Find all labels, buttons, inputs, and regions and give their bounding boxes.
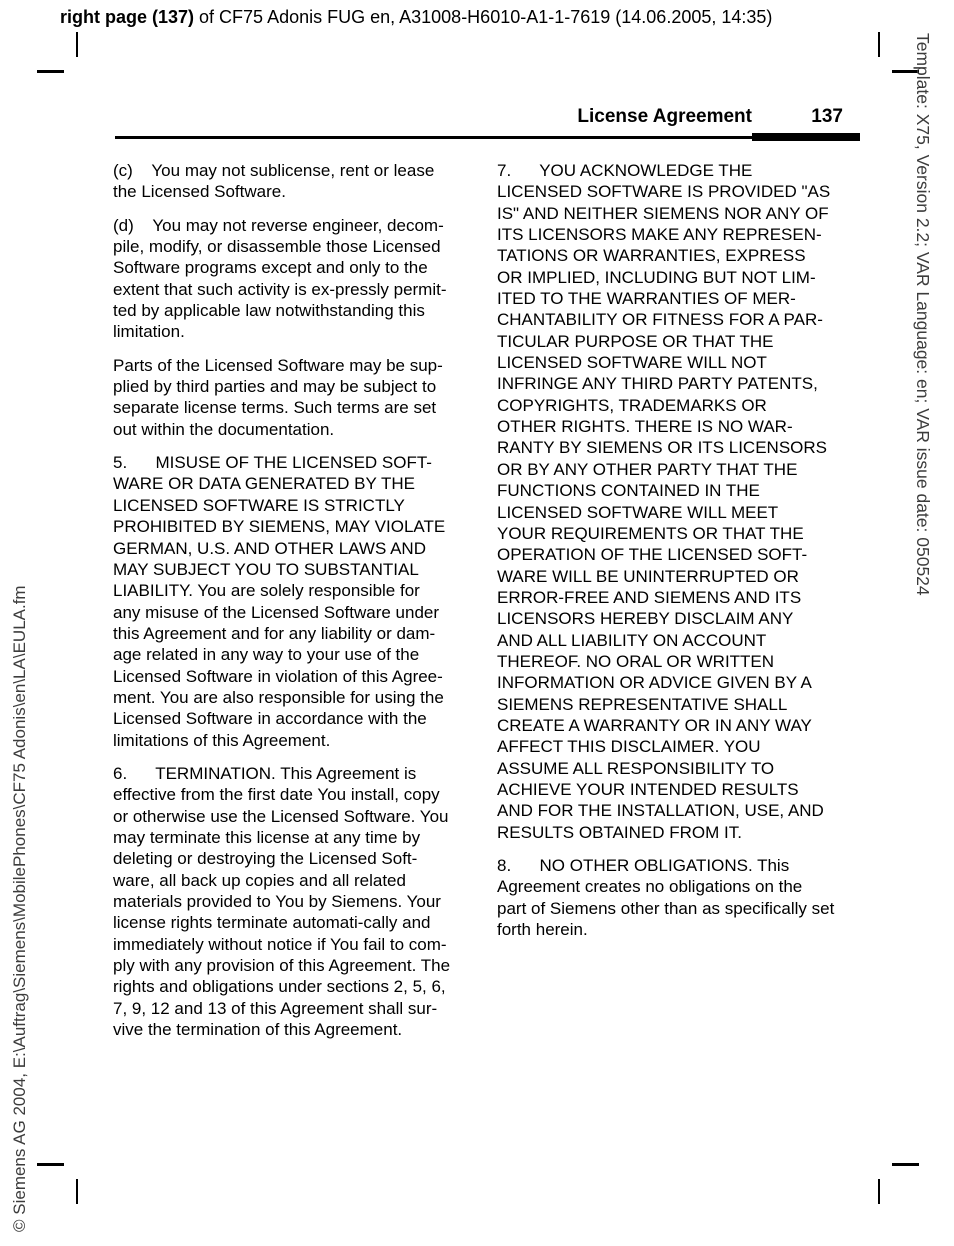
paragraph-parts: Parts of the Licensed Software may be su… — [113, 355, 475, 440]
section-5-misuse: 5. MISUSE OF THE LICENSED SOFT- WARE OR … — [113, 452, 475, 751]
section-7-acknowledge: 7. YOU ACKNOWLEDGE THE LICENSED SOFTWARE… — [497, 160, 859, 843]
section-8-no-other-obligations: 8. NO OTHER OBLIGATIONS. This Agreement … — [497, 855, 859, 940]
print-doc-info: of CF75 Adonis FUG en, A31008-H6010-A1-1… — [194, 7, 772, 27]
crop-mark-bottom-right-vertical — [878, 1179, 880, 1204]
crop-mark-top-left-horizontal — [37, 70, 64, 73]
page-number: 137 — [811, 106, 843, 128]
header-rule-thick-segment — [752, 133, 860, 141]
crop-mark-bottom-left-vertical — [76, 1179, 78, 1204]
crop-mark-bottom-left-horizontal — [37, 1163, 64, 1166]
copyright-path-sidebar: © Siemens AG 2004, E:\Auftrag\Siemens\Mo… — [9, 585, 30, 1232]
crop-mark-top-left-vertical — [76, 32, 78, 57]
paragraph-c: (c) You may not sublicense, rent or leas… — [113, 160, 475, 203]
crop-mark-bottom-right-horizontal — [892, 1163, 919, 1166]
left-column: (c) You may not sublicense, rent or leas… — [113, 160, 475, 1052]
print-page-label: right page (137) — [60, 7, 194, 27]
header-rule — [115, 136, 860, 139]
right-column: 7. YOU ACKNOWLEDGE THE LICENSED SOFTWARE… — [497, 160, 859, 952]
paragraph-d: (d) You may not reverse engineer, decom-… — [113, 215, 475, 343]
print-info-header: right page (137) of CF75 Adonis FUG en, … — [60, 5, 772, 29]
manual-page: right page (137) of CF75 Adonis FUG en, … — [0, 0, 954, 1246]
crop-mark-top-right-vertical — [878, 32, 880, 57]
template-version-sidebar: Template: X75, Version 2.2; VAR Language… — [912, 33, 933, 596]
page-title: License Agreement — [577, 106, 752, 128]
section-6-termination: 6. TERMINATION. This Agreement is effect… — [113, 763, 475, 1040]
